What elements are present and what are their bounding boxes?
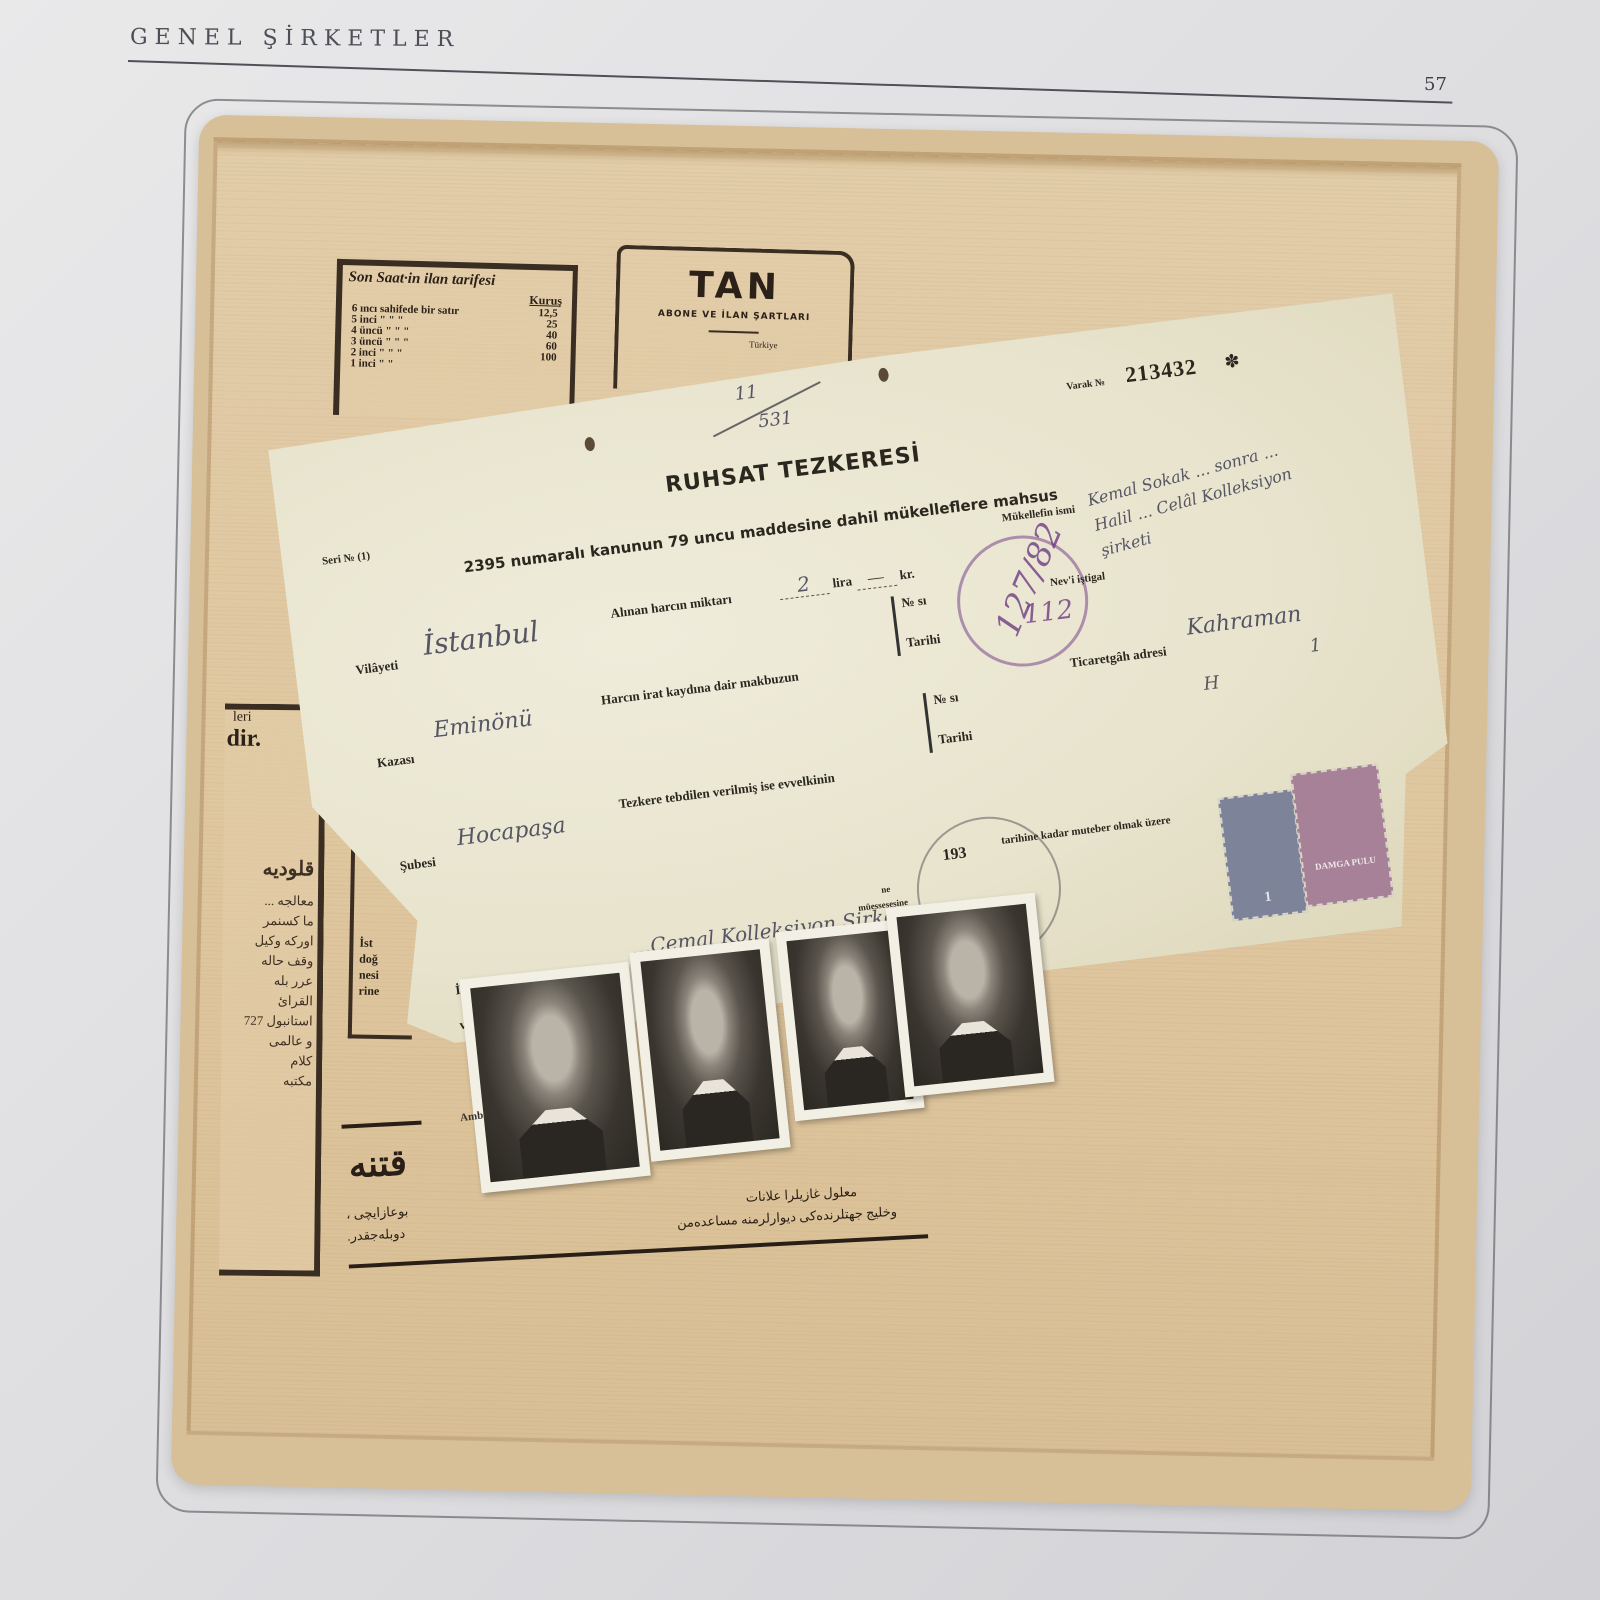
portrait-photo-4 (885, 893, 1054, 1098)
revenue-stamp-blue-value: 1 (1231, 886, 1304, 911)
tan-partial-text: Türkiye (678, 337, 848, 352)
asterisk-mark-icon: ✽ (1223, 350, 1241, 373)
serial-label: Seri № (1) (321, 550, 370, 568)
receipt-label: Harcın irat kaydına dair makbuzun (600, 668, 799, 708)
fee-kurus-value: — (855, 567, 897, 591)
handwritten-ref-top: 11 (734, 381, 759, 405)
prev-no-label: № sı (933, 689, 960, 708)
header-rule (128, 60, 1452, 104)
arabic-line: مکتبه (225, 1071, 312, 1092)
address-label: Ticaretgâh adresi (1069, 643, 1167, 671)
bottom-line-2: وخلیج جهتلرنده‌کی دیوارلرمنه مساعده‌من (677, 1204, 898, 1232)
previous-license-label: Tezkere tebdilen verilmiş ise evvelkinin (618, 770, 836, 812)
portrait-photo-2 (629, 938, 790, 1161)
middle-line: nesi (359, 967, 380, 983)
portrait-photo-1 (459, 962, 651, 1194)
address-value: Kahraman (1185, 602, 1303, 641)
fee-lira-value: 2 (777, 569, 830, 600)
bottom-left-line-1: بوعازایچی ، (346, 1203, 409, 1222)
punch-hole-right (878, 367, 890, 382)
punch-hole-left (584, 437, 596, 452)
bracket-1 (891, 596, 901, 656)
prev-date-label: Tarihi (937, 728, 973, 748)
revenue-stamp-purple-text: DAMGA PULU (1303, 853, 1388, 873)
arabic-line: وقف حاله (226, 951, 313, 972)
tan-divider (709, 330, 759, 333)
middle-line: rine (358, 983, 379, 999)
arabic-line: اورکه وکیل (226, 931, 313, 952)
sube-value: Hocapaşa (455, 813, 567, 851)
middle-line: doğ (359, 951, 380, 967)
bottom-arabic-heading: قتنه (347, 1141, 407, 1186)
stamp-sub-number: 112 (1022, 595, 1075, 631)
receipt-date-label: Tarihi (905, 631, 941, 651)
rate-price (522, 363, 559, 375)
left-arabic-text: معالجه ...ما کسنمراورکه وکیلوقف حالهعرر … (221, 884, 318, 1097)
fee-label: Alınan harcın miktarı (610, 591, 733, 622)
bottom-left-line-2: دوبله‌جقدر. (347, 1226, 406, 1245)
sheet-number: 213432 (1124, 354, 1199, 389)
tan-title: TAN (619, 263, 850, 310)
document-title: RUHSAT TEZKERESİ (664, 442, 922, 498)
address-extra-1: 1 (1309, 635, 1323, 657)
sheet-label: Varak № (1066, 377, 1106, 393)
address-extra-2: H (1202, 672, 1220, 695)
middle-box-lines: İstdoğnesirine (358, 935, 380, 999)
left-arabic-heading: قلودیه (223, 852, 318, 885)
arabic-line: عرر بله (226, 971, 313, 992)
arabic-line: و عالمی (225, 1031, 312, 1052)
middle-line: İst (359, 935, 380, 951)
fee-kurus-label: kr. (899, 566, 916, 583)
bracket-2 (923, 693, 933, 753)
receipt-no-label: № sı (901, 592, 928, 611)
revenue-stamp-purple: DAMGA PULU (1290, 763, 1394, 907)
kaza-value: Eminönü (432, 706, 534, 743)
handwritten-ref-bottom: 531 (757, 407, 794, 432)
arabic-line: کلام (225, 1051, 312, 1072)
vilayet-value: İstanbul (421, 615, 540, 662)
arabic-line: استانبول 727 (226, 1011, 313, 1032)
vilayet-label: Vilâyeti (355, 657, 399, 678)
fee-amount-field: 2 lira — kr. (777, 559, 916, 600)
fee-lira-label: lira (832, 573, 853, 590)
kaza-label: Kazası (376, 751, 415, 771)
arabic-line: ما کسنمر (227, 911, 314, 932)
ne-label: ne (881, 884, 891, 895)
bottom-line-1: معلول غازیلرا علانات (745, 1184, 857, 1206)
taxpayer-value: Kemal Sokak ... sonra ... Halil ... Celâ… (1085, 429, 1327, 564)
arabic-line: معالجه ... (227, 891, 314, 912)
tan-subtitle: ABONE VE İLAN ŞARTLARI (619, 308, 849, 324)
arabic-line: القرائ (226, 991, 313, 1012)
son-saat-rate-table: 6 ıncı sahifede bir satır12,55 inci " " … (348, 303, 560, 374)
page-number: 57 (1424, 74, 1447, 95)
running-head-title: GENEL ŞİRKETLER (130, 25, 460, 52)
clipping-son-saat: Son Saat·in ilan tarifesi Kuruş 6 ıncı s… (333, 259, 578, 421)
sube-label: Şubesi (399, 854, 437, 874)
